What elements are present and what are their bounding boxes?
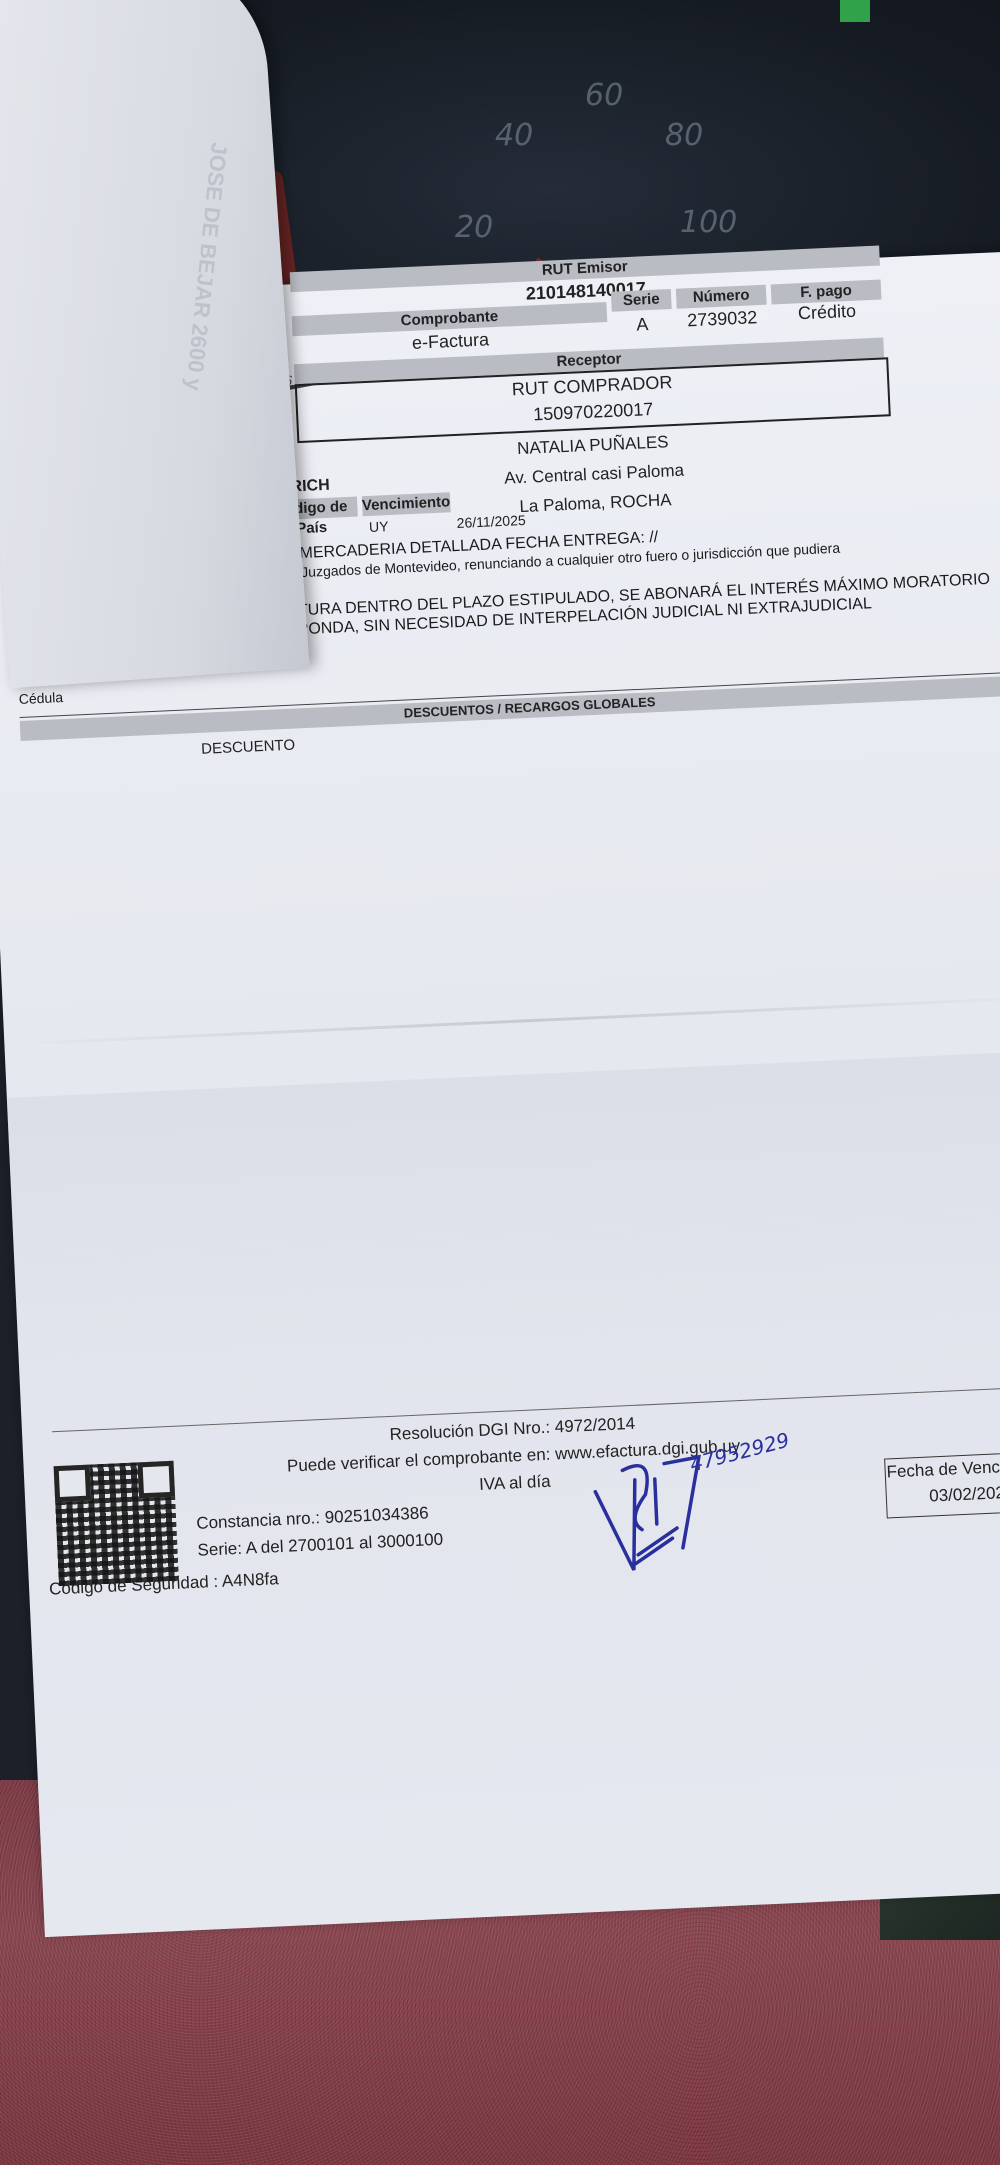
speedometer-label: 100 [680,205,737,240]
fecha-vencimiento-box: Fecha de Vencimiento 03/02/2027 [884,1451,1000,1519]
paper-fold-line [4,995,1000,1046]
numero-header: Número [676,285,767,309]
meta-value-vencimiento: 26/11/2025 [441,511,542,532]
qr-code [54,1461,179,1586]
meta-header-vencimiento: Vencimiento [362,492,451,516]
folded-page: JOSE DE BEJAR 2600 y [0,0,309,688]
serie-header: Serie [611,289,672,312]
speedometer-label: 60 [585,78,623,113]
paper-fold-shadow [7,1050,1000,1397]
discount-label: DESCUENTO [201,737,296,758]
speedometer-label: 20 [455,210,493,245]
dashboard-indicator-light [840,0,870,22]
serie-value: A [612,313,673,337]
bleed-through-text: JOSE DE BEJAR 2600 y [180,141,232,392]
speedometer-label: 40 [495,118,533,153]
fpago-value: Crédito [772,299,883,325]
numero-value: 2739032 [677,307,768,332]
constancia-block: Constancia nro.: 90251034386 Serie: A de… [196,1499,444,1564]
speedometer-label: 80 [665,118,703,153]
